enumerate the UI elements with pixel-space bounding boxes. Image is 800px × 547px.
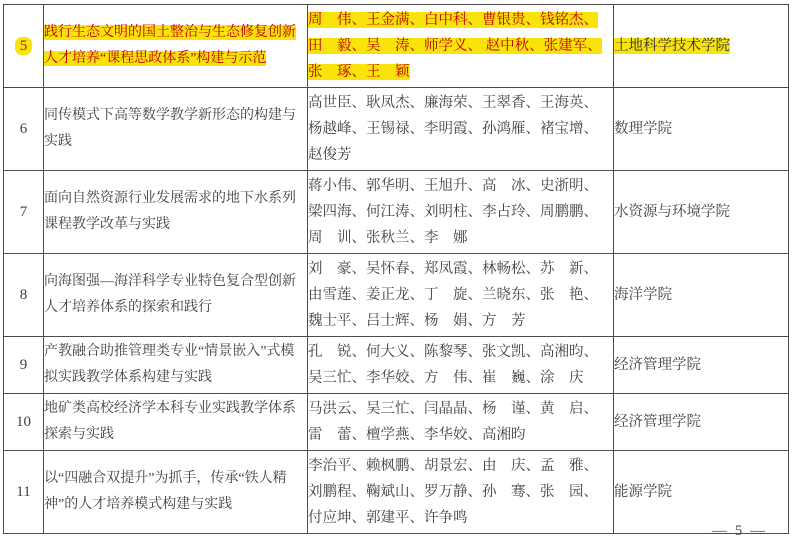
row-number: 9 [20,357,28,373]
participant-line: 由雪莲、姜正龙、丁 旋、兰晓东、张 艳、 [308,282,613,308]
project-title-cell: 向海图强—海洋科学专业特色复合型创新人才培养体系的探索和践行 [44,254,308,337]
participant-line: 雷 蕾、檀学燕、李华姣、高湘昀 [308,422,613,448]
participant-names: 吴三忙、李华姣、方 伟、崔 巍、涂 庆 [308,370,584,386]
participant-names: 雷 蕾、檀学燕、李华姣、高湘昀 [308,427,526,443]
document-page: 5践行生态文明的国土整治与生态修复创新人才培养“课程思政体系”构建与示范周 伟、… [0,0,800,547]
college-cell: 水资源与环境学院 [614,171,789,254]
college-name: 土地科学技术学院 [614,38,730,54]
participant-names: 魏士平、吕士辉、杨 娟、方 芳 [308,313,526,329]
college-name: 经济管理学院 [614,357,701,373]
participants-cell: 蒋小伟、郭华明、王旭升、高 冰、史浙明、梁四海、何江涛、刘明柱、李占玲、周鹏鹏、… [308,171,614,254]
participants-cell: 马洪云、吴三忙、闫晶晶、杨 谨、黄 启、雷 蕾、檀学燕、李华姣、高湘昀 [308,394,614,451]
participant-names: 高世臣、耿凤杰、廉海荣、王翠香、王海英、 [308,95,598,111]
participant-names: 马洪云、吴三忙、闫晶晶、杨 谨、黄 启、 [308,401,598,417]
participant-line: 杨越峰、王锡禄、李明霞、孙鸿雁、褚宝增、 [308,116,613,142]
participant-names: 刘鹏程、鞠斌山、罗万静、孙 骞、张 园、 [308,484,598,500]
row-number-cell: 11 [4,451,44,534]
college-cell: 经济管理学院 [614,394,789,451]
participant-line: 高世臣、耿凤杰、廉海荣、王翠香、王海英、 [308,90,613,116]
participants-cell: 孔 锐、何大义、陈黎琴、张文凯、高湘昀、吴三忙、李华姣、方 伟、崔 巍、涂 庆 [308,337,614,394]
participant-names: 由雪莲、姜正龙、丁 旋、兰晓东、张 艳、 [308,287,598,303]
project-title: 践行生态文明的国土整治与生态修复创新人才培养“课程思政体系”构建与示范 [44,25,296,66]
participant-names: 李治平、赖枫鹏、胡景宏、由 庆、孟 雅、 [308,458,598,474]
row-number-cell: 10 [4,394,44,451]
participant-line: 梁四海、何江涛、刘明柱、李占玲、周鹏鹏、 [308,199,613,225]
participant-names: 田 毅、吴 涛、师学义、 赵中秋、张建军、 [308,38,602,54]
project-title-cell: 同传模式下高等数学教学新形态的构建与实践 [44,88,308,171]
participant-line: 马洪云、吴三忙、闫晶晶、杨 谨、黄 启、 [308,396,613,422]
participant-names: 刘 豪、吴怀春、郑凤霞、林畅松、苏 新、 [308,261,598,277]
row-number: 7 [20,204,28,220]
participant-names: 孔 锐、何大义、陈黎琴、张文凯、高湘昀、 [308,344,598,360]
participant-line: 田 毅、吴 涛、师学义、 赵中秋、张建军、 [308,33,613,59]
project-table: 5践行生态文明的国土整治与生态修复创新人才培养“课程思政体系”构建与示范周 伟、… [3,4,789,534]
college-cell: 土地科学技术学院 [614,5,789,88]
participants-cell: 李治平、赖枫鹏、胡景宏、由 庆、孟 雅、刘鹏程、鞠斌山、罗万静、孙 骞、张 园、… [308,451,614,534]
participant-line: 刘 豪、吴怀春、郑凤霞、林畅松、苏 新、 [308,256,613,282]
project-title-cell: 面向自然资源行业发展需求的地下水系列课程教学改革与实践 [44,171,308,254]
table-row: 7面向自然资源行业发展需求的地下水系列课程教学改革与实践蒋小伟、郭华明、王旭升、… [4,171,789,254]
row-number: 10 [16,414,31,430]
project-title: 地矿类高校经济学本科专业实践教学体系探索与实践 [44,401,296,442]
table-row: 6同传模式下高等数学教学新形态的构建与实践高世臣、耿凤杰、廉海荣、王翠香、王海英… [4,88,789,171]
row-number-cell: 8 [4,254,44,337]
college-cell: 数理学院 [614,88,789,171]
project-title-cell: 产教融合助推管理类专业“情景嵌入”式模拟实践教学体系构建与实践 [44,337,308,394]
table-row: 11以“四融合双提升”为抓手，传承“铁人精神”的人才培养模式构建与实践李治平、赖… [4,451,789,534]
table-row: 5践行生态文明的国土整治与生态修复创新人才培养“课程思政体系”构建与示范周 伟、… [4,5,789,88]
participant-line: 魏士平、吕士辉、杨 娟、方 芳 [308,308,613,334]
college-name: 数理学院 [614,121,672,137]
row-number: 11 [16,484,30,500]
project-title-cell: 地矿类高校经济学本科专业实践教学体系探索与实践 [44,394,308,451]
row-number-cell: 7 [4,171,44,254]
project-title: 以“四融合双提升”为抓手，传承“铁人精神”的人才培养模式构建与实践 [44,471,287,512]
college-name: 水资源与环境学院 [614,204,730,220]
participant-line: 蒋小伟、郭华明、王旭升、高 冰、史浙明、 [308,173,613,199]
participant-line: 吴三忙、李华姣、方 伟、崔 巍、涂 庆 [308,365,613,391]
college-name: 海洋学院 [614,287,672,303]
row-number: 6 [20,121,28,137]
participant-names: 蒋小伟、郭华明、王旭升、高 冰、史浙明、 [308,178,598,194]
participant-names: 付应坤、郭建平、许争鸣 [308,510,468,526]
project-table-body: 5践行生态文明的国土整治与生态修复创新人才培养“课程思政体系”构建与示范周 伟、… [4,5,789,534]
table-row: 10地矿类高校经济学本科专业实践教学体系探索与实践马洪云、吴三忙、闫晶晶、杨 谨… [4,394,789,451]
participant-line: 刘鹏程、鞠斌山、罗万静、孙 骞、张 园、 [308,479,613,505]
college-cell: 海洋学院 [614,254,789,337]
participant-names: 赵俊芳 [308,147,352,163]
project-title: 向海图强—海洋科学专业特色复合型创新人才培养体系的探索和践行 [44,274,296,315]
participant-names: 梁四海、何江涛、刘明柱、李占玲、周鹏鹏、 [308,204,598,220]
participant-line: 孔 锐、何大义、陈黎琴、张文凯、高湘昀、 [308,339,613,365]
row-number-cell: 9 [4,337,44,394]
participant-line: 李治平、赖枫鹏、胡景宏、由 庆、孟 雅、 [308,453,613,479]
participant-names: 周 训、张秋兰、李 娜 [308,230,468,246]
table-row: 8向海图强—海洋科学专业特色复合型创新人才培养体系的探索和践行刘 豪、吴怀春、郑… [4,254,789,337]
participant-line: 周 训、张秋兰、李 娜 [308,225,613,251]
participant-line: 张 琢、王 颖 [308,59,613,85]
participants-cell: 周 伟、王金满、白中科、曹银贵、钱铭杰、田 毅、吴 涛、师学义、 赵中秋、张建军… [308,5,614,88]
participant-line: 赵俊芳 [308,142,613,168]
row-number: 8 [20,287,28,303]
project-title-cell: 践行生态文明的国土整治与生态修复创新人才培养“课程思政体系”构建与示范 [44,5,308,88]
participant-names: 周 伟、王金满、白中科、曹银贵、钱铭杰、 [308,12,598,28]
page-number: — 5 — [712,523,767,540]
college-cell: 能源学院 [614,451,789,534]
participant-line: 付应坤、郭建平、许争鸣 [308,505,613,531]
project-title: 产教融合助推管理类专业“情景嵌入”式模拟实践教学体系构建与实践 [44,344,294,385]
college-cell: 经济管理学院 [614,337,789,394]
participants-cell: 刘 豪、吴怀春、郑凤霞、林畅松、苏 新、由雪莲、姜正龙、丁 旋、兰晓东、张 艳、… [308,254,614,337]
project-title: 同传模式下高等数学教学新形态的构建与实践 [44,108,296,149]
college-name: 能源学院 [614,484,672,500]
row-number-cell: 6 [4,88,44,171]
table-row: 9产教融合助推管理类专业“情景嵌入”式模拟实践教学体系构建与实践孔 锐、何大义、… [4,337,789,394]
participant-names: 杨越峰、王锡禄、李明霞、孙鸿雁、褚宝增、 [308,121,598,137]
participant-names: 张 琢、王 颖 [308,64,410,80]
college-name: 经济管理学院 [614,414,701,430]
participants-cell: 高世臣、耿凤杰、廉海荣、王翠香、王海英、杨越峰、王锡禄、李明霞、孙鸿雁、褚宝增、… [308,88,614,171]
row-number: 5 [15,37,33,55]
project-title: 面向自然资源行业发展需求的地下水系列课程教学改革与实践 [44,191,296,232]
row-number-cell: 5 [4,5,44,88]
participant-line: 周 伟、王金满、白中科、曹银贵、钱铭杰、 [308,7,613,33]
project-title-cell: 以“四融合双提升”为抓手，传承“铁人精神”的人才培养模式构建与实践 [44,451,308,534]
